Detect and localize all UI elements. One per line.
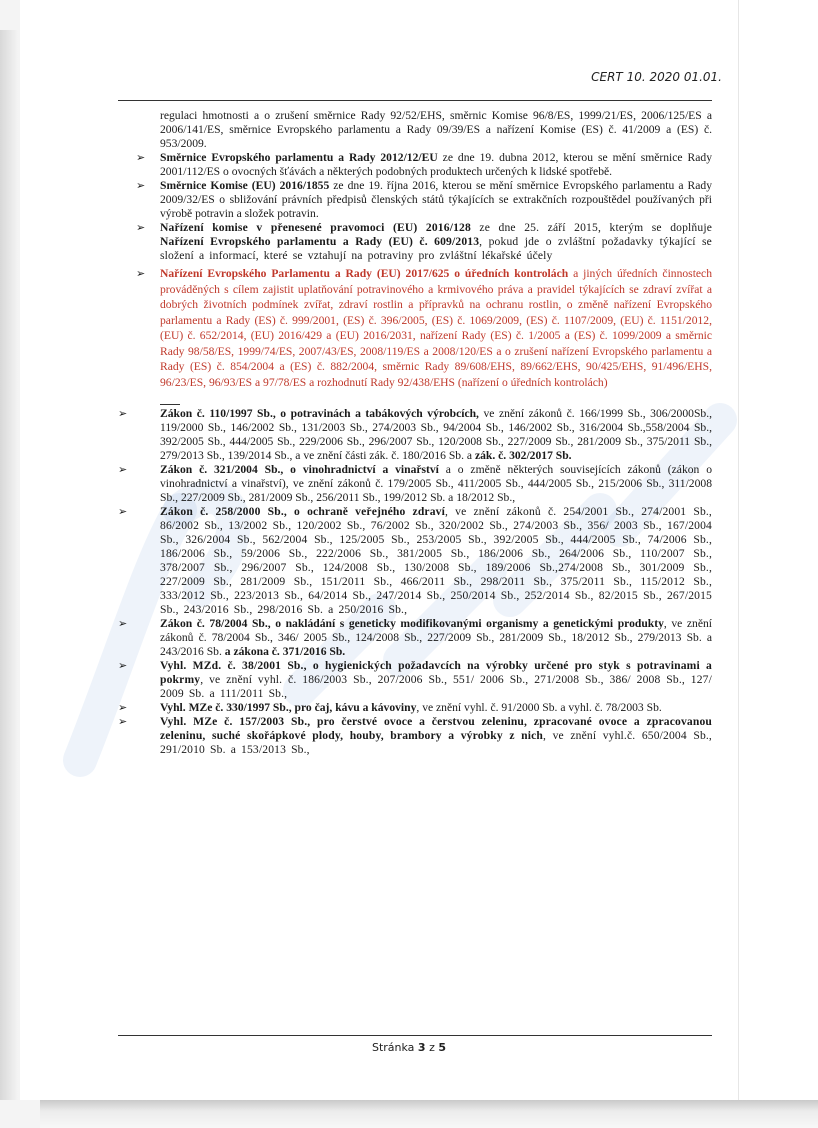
list-item: ➢Zákon č. 110/1997 Sb., o potravinách a … [118,407,712,463]
item-text: , ve znění vyhl. č. 186/2003 Sb., 207/20… [160,673,712,700]
item-text: a jiných úředních činnostech prováděných… [160,267,712,389]
document-body: regulaci hmotnosti a o zrušení směrnice … [118,109,712,757]
item-text: , ve znění zákonů č. 254/2001 Sb., 274/2… [160,505,712,616]
list-item: ➢Zákon č. 258/2000 Sb., o ochraně veřejn… [118,505,712,617]
document-code: CERT 10. 2020 01.01. [591,70,722,84]
list-item: ➢Vyhl. MZd. č. 38/2001 Sb., o hygienický… [118,659,712,701]
footer-rule [118,1035,712,1036]
scan-bottom-shadow [40,1100,818,1128]
item-title: Vyhl. MZe č. 330/1997 Sb., pro čaj, kávu… [160,701,416,714]
list-item: ➢Směrnice Komise (EU) 2016/1855 ze dne 1… [118,179,712,221]
item-title: Směrnice Komise (EU) 2016/1855 [160,179,329,192]
arrow-bullet-icon: ➢ [136,266,145,282]
item-text: ze dne 25. září 2015, kterým se doplňuje [471,221,712,234]
arrow-bullet-icon: ➢ [118,407,127,421]
item-title-secondary: Nařízení Evropského parlamentu a Rady (E… [160,235,479,248]
separator-rule [160,404,180,405]
item-title-secondary: a zákona č. 371/2016 Sb. [222,645,345,658]
list-item: ➢Směrnice Evropského parlamentu a Rady 2… [118,151,712,179]
item-title: Zákon č. 258/2000 Sb., o ochraně veřejné… [160,505,445,518]
list-item: ➢Zákon č. 321/2004 Sb., o vinohradnictví… [118,463,712,505]
paper-fold-line [738,0,739,1100]
scan-edge-shadow [0,30,18,1100]
item-text: , ve znění vyhl. č. 91/2000 Sb. a vyhl. … [416,701,661,714]
item-title: Nařízení komise v přenesené pravomoci (E… [160,221,471,234]
arrow-bullet-icon: ➢ [118,701,127,715]
item-title-secondary: zák. č. 302/2017 Sb. [475,449,572,462]
item-title: Nařízení Evropského Parlamentu a Rady (E… [160,267,568,280]
arrow-bullet-icon: ➢ [136,179,145,193]
czech-laws-list: ➢Zákon č. 110/1997 Sb., o potravinách a … [118,407,712,757]
arrow-bullet-icon: ➢ [136,221,145,235]
arrow-bullet-icon: ➢ [118,505,127,519]
arrow-bullet-icon: ➢ [136,151,145,165]
arrow-bullet-icon: ➢ [118,617,127,631]
arrow-bullet-icon: ➢ [118,659,127,673]
arrow-bullet-icon: ➢ [118,715,127,729]
list-item: ➢Vyhl. MZe č. 157/2003 Sb., pro čerstvé … [118,715,712,757]
continued-paragraph: regulaci hmotnosti a o zrušení směrnice … [160,109,712,151]
item-title: Směrnice Evropského parlamentu a Rady 20… [160,151,438,164]
list-item: ➢Nařízení komise v přenesené pravomoci (… [118,221,712,263]
arrow-bullet-icon: ➢ [118,463,127,477]
item-title: Zákon č. 78/2004 Sb., o nakládání s gene… [160,617,664,630]
list-item: ➢Nařízení Evropského Parlamentu a Rady (… [118,266,712,390]
item-title: Zákon č. 321/2004 Sb., o vinohradnictví … [160,463,439,476]
eu-regulations-list: ➢Směrnice Evropského parlamentu a Rady 2… [118,151,712,390]
item-title: Zákon č. 110/1997 Sb., o potravinách a t… [160,407,479,420]
list-item: ➢Vyhl. MZe č. 330/1997 Sb., pro čaj, káv… [118,701,712,715]
list-item: ➢Zákon č. 78/2004 Sb., o nakládání s gen… [118,617,712,659]
header-rule [118,100,712,101]
page-number: Stránka 3 z 5 [0,1041,818,1054]
